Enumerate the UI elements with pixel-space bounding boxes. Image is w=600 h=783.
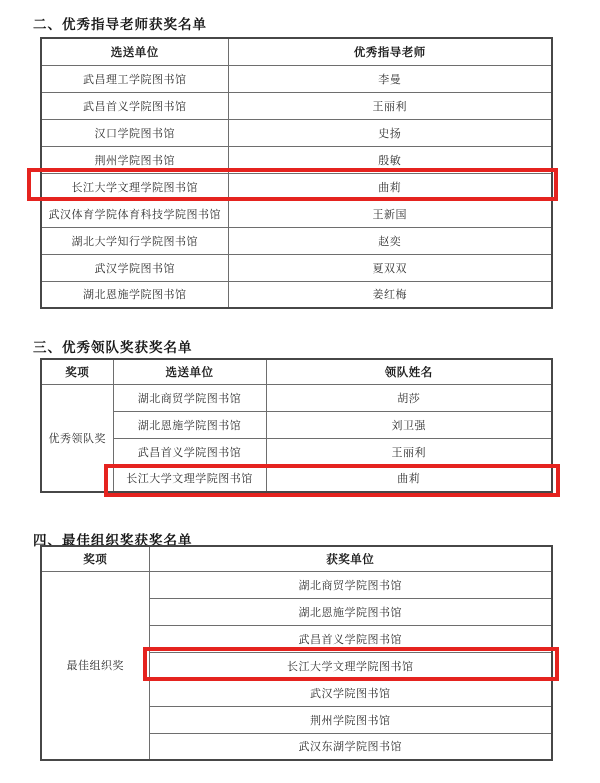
column-header-winner-unit: 获奖单位 <box>149 546 552 571</box>
award-cell: 最佳组织奖 <box>41 571 149 760</box>
column-header-unit: 选送单位 <box>113 359 266 384</box>
unit-cell: 武昌首义学院图书馆 <box>41 92 228 119</box>
name-cell: 姜红梅 <box>228 281 552 308</box>
column-header-award: 奖项 <box>41 546 149 571</box>
name-cell: 曲莉 <box>266 465 552 492</box>
name-cell: 赵奕 <box>228 227 552 254</box>
column-header-unit: 选送单位 <box>41 38 228 65</box>
name-cell: 殷敏 <box>228 146 552 173</box>
award-cell: 优秀领队奖 <box>41 384 113 492</box>
table-row: 荆州学院图书馆 殷敏 <box>41 146 552 173</box>
table-header-row: 奖项 选送单位 领队姓名 <box>41 359 552 384</box>
unit-cell: 湖北恩施学院图书馆 <box>113 411 266 438</box>
unit-cell: 湖北恩施学院图书馆 <box>149 598 552 625</box>
unit-cell: 长江大学文理学院图书馆 <box>113 465 266 492</box>
table-row-highlighted: 长江大学文理学院图书馆 曲莉 <box>41 465 552 492</box>
unit-cell: 武昌首义学院图书馆 <box>149 625 552 652</box>
unit-cell: 湖北大学知行学院图书馆 <box>41 227 228 254</box>
table-row: 武汉体育学院体育科技学院图书馆 王新国 <box>41 200 552 227</box>
unit-cell: 武汉学院图书馆 <box>41 254 228 281</box>
unit-cell: 湖北恩施学院图书馆 <box>41 281 228 308</box>
unit-cell: 长江大学文理学院图书馆 <box>149 652 552 679</box>
unit-cell: 武汉东湖学院图书馆 <box>149 733 552 760</box>
column-header-award: 奖项 <box>41 359 113 384</box>
name-cell: 刘卫强 <box>266 411 552 438</box>
name-cell: 王丽利 <box>228 92 552 119</box>
table-row: 湖北恩施学院图书馆 姜红梅 <box>41 281 552 308</box>
organization-award-table: 奖项 获奖单位 最佳组织奖 湖北商贸学院图书馆 湖北恩施学院图书馆 武昌首义学院… <box>40 545 553 761</box>
table-row: 优秀领队奖 湖北商贸学院图书馆 胡莎 <box>41 384 552 411</box>
unit-cell: 武汉学院图书馆 <box>149 679 552 706</box>
table-row: 最佳组织奖 湖北商贸学院图书馆 <box>41 571 552 598</box>
unit-cell: 湖北商贸学院图书馆 <box>149 571 552 598</box>
unit-cell: 武汉体育学院体育科技学院图书馆 <box>41 200 228 227</box>
unit-cell: 荆州学院图书馆 <box>149 706 552 733</box>
column-header-leader: 领队姓名 <box>266 359 552 384</box>
teacher-award-table: 选送单位 优秀指导老师 武昌理工学院图书馆 李曼 武昌首义学院图书馆 王丽利 汉… <box>40 37 553 309</box>
table-row: 武昌理工学院图书馆 李曼 <box>41 65 552 92</box>
table-row: 武昌首义学院图书馆 王丽利 <box>41 92 552 119</box>
section-heading-teacher-awards: 二、优秀指导老师获奖名单 <box>33 13 207 33</box>
section-heading-leader-awards: 三、优秀领队奖获奖名单 <box>33 336 193 356</box>
document-page: 二、优秀指导老师获奖名单 选送单位 优秀指导老师 武昌理工学院图书馆 李曼 武昌… <box>0 0 600 783</box>
unit-cell: 长江大学文理学院图书馆 <box>41 173 228 200</box>
name-cell: 李曼 <box>228 65 552 92</box>
name-cell: 夏双双 <box>228 254 552 281</box>
table-row: 武汉学院图书馆 夏双双 <box>41 254 552 281</box>
unit-cell: 武昌理工学院图书馆 <box>41 65 228 92</box>
name-cell: 史扬 <box>228 119 552 146</box>
table-row-highlighted: 长江大学文理学院图书馆 曲莉 <box>41 173 552 200</box>
table-row: 汉口学院图书馆 史扬 <box>41 119 552 146</box>
table-row: 湖北恩施学院图书馆 刘卫强 <box>41 411 552 438</box>
name-cell: 胡莎 <box>266 384 552 411</box>
unit-cell: 汉口学院图书馆 <box>41 119 228 146</box>
unit-cell: 湖北商贸学院图书馆 <box>113 384 266 411</box>
name-cell: 王丽利 <box>266 438 552 465</box>
table-row: 湖北大学知行学院图书馆 赵奕 <box>41 227 552 254</box>
unit-cell: 荆州学院图书馆 <box>41 146 228 173</box>
table-header-row: 选送单位 优秀指导老师 <box>41 38 552 65</box>
name-cell: 曲莉 <box>228 173 552 200</box>
unit-cell: 武昌首义学院图书馆 <box>113 438 266 465</box>
column-header-teacher: 优秀指导老师 <box>228 38 552 65</box>
leader-award-table: 奖项 选送单位 领队姓名 优秀领队奖 湖北商贸学院图书馆 胡莎 湖北恩施学院图书… <box>40 358 553 493</box>
table-row: 武昌首义学院图书馆 王丽利 <box>41 438 552 465</box>
name-cell: 王新国 <box>228 200 552 227</box>
table-header-row: 奖项 获奖单位 <box>41 546 552 571</box>
